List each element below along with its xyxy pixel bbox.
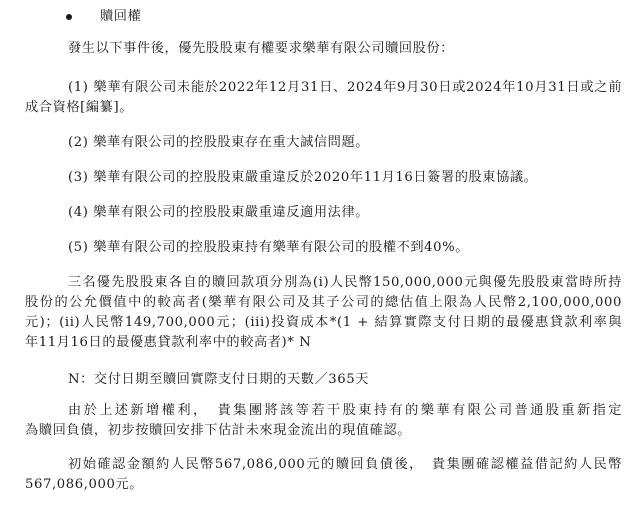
redemption-line-1: 三名優先股股東各自的贖回款項分別為(i)人民幣150,000,000元與優先股股… — [68, 274, 622, 292]
redemption-line-4: 年11月16日的最優惠貸款利率中的較高者)* N — [25, 334, 311, 352]
event-4: (4) 樂華有限公司的控股股東嚴重違反適用法律。 — [68, 204, 369, 222]
bullet-icon — [66, 14, 72, 20]
event-3: (3) 樂華有限公司的控股股東嚴重違反於2020年11月16日簽署的股東協議。 — [68, 169, 537, 187]
redemption-line-2: 股份的公允價值中的較高者(樂華有限公司及其子公司的總估值上限為人民幣2,100,… — [25, 294, 622, 312]
section-heading: 贖回權 — [100, 8, 141, 26]
recognition-line-2: 567,086,000元。 — [25, 476, 143, 494]
redemption-line-3: 元)；(ii)人民幣149,700,000元；(iii)投資成本*(1 + 結算… — [25, 314, 622, 332]
recognition-line-1: 初始確認金額約人民幣567,086,000元的贖回負債後， 貴集團確認權益借記約… — [68, 456, 622, 474]
redesignation-line-2: 為贖回負債，初步按贖回安排下估計未來現金流出的現值確認。 — [25, 422, 411, 440]
event-1-line-1: (1) 樂華有限公司未能於2022年12月31日、2024年9月30日或2024… — [68, 79, 622, 97]
event-2: (2) 樂華有限公司的控股股東存在重大誠信問題。 — [68, 134, 369, 152]
event-5: (5) 樂華有限公司的控股股東持有樂華有限公司的股權不到40%。 — [68, 239, 469, 257]
intro-text: 發生以下事件後，優先股股東有權要求樂華有限公司贖回股份： — [68, 40, 454, 58]
n-definition: N：交付日期至贖回實際支付日期的天數／365天 — [68, 371, 369, 389]
redesignation-line-1: 由於上述新增權利， 貴集團將該等若干股東持有的樂華有限公司普通股重新指定 — [68, 402, 622, 420]
event-1-line-2: 成合資格[編纂]。 — [25, 99, 133, 117]
